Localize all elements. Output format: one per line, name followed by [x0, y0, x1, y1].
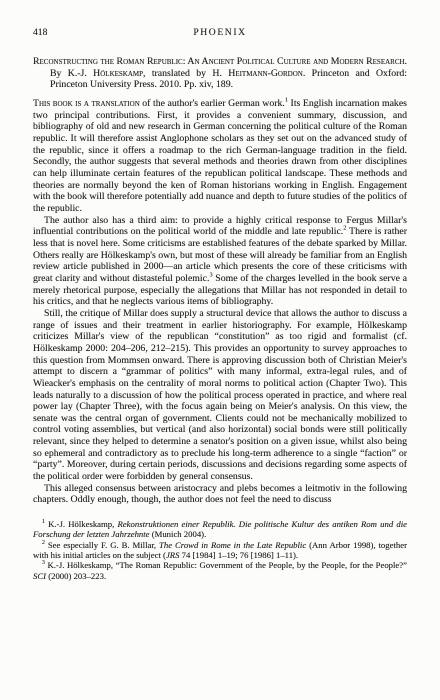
footnotes: 1 K.-J. Hölkeskamp, Rekonstruktionen ein…	[33, 519, 407, 581]
body-paragraph: Still, the critique of Millar does suppl…	[33, 308, 407, 483]
running-head: 418 PHOENIX	[33, 26, 407, 39]
text-segment: The Crowd in Rome in the Late Republic	[159, 540, 306, 550]
footnote: 1 K.-J. Hölkeskamp, Rekonstruktionen ein…	[33, 519, 407, 540]
text-segment: K.-J. Hölkeskamp, “The Roman Republic: G…	[45, 560, 407, 570]
text-segment: Hölkeskamp	[93, 68, 143, 79]
text-segment: SCI	[33, 571, 46, 581]
review-heading: Reconstructing the Roman Republic: An An…	[33, 56, 407, 91]
review-body: This book is a translation of the author…	[33, 98, 407, 506]
text-segment: K.-J. Hölkeskamp,	[45, 519, 118, 529]
text-segment: This book is a translation	[33, 98, 140, 109]
body-paragraph: This alleged consensus between aristocra…	[33, 483, 407, 506]
journal-page: 418 PHOENIX Reconstructing the Roman Rep…	[0, 0, 440, 700]
text-segment: (2000) 203–223.	[46, 571, 106, 581]
text-segment: This alleged consensus between aristocra…	[33, 483, 407, 506]
text-segment: Reconstructing the Roman Republic: An An…	[33, 56, 407, 67]
text-segment: See especially F. G. B. Millar,	[45, 540, 159, 550]
journal-title: PHOENIX	[33, 26, 407, 39]
text-segment: Its English incarnation makes two princi…	[33, 98, 407, 214]
footnote: 2 See especially F. G. B. Millar, The Cr…	[33, 540, 407, 561]
text-segment: Still, the critique of Millar does suppl…	[33, 308, 407, 482]
text-segment: 74 [1984] 1–19; 76 [1986] 1–11).	[179, 550, 298, 560]
text-segment: JRS	[166, 550, 180, 560]
body-paragraph: This book is a translation of the author…	[33, 98, 407, 215]
text-segment: of the author's earlier German work.	[140, 98, 285, 109]
text-segment: Heitmann-Gordon	[228, 68, 303, 79]
text-segment: (Munich 2004).	[150, 529, 207, 539]
body-paragraph: The author also has a third aim: to prov…	[33, 215, 407, 308]
footnote: 3 K.-J. Hölkeskamp, “The Roman Republic:…	[33, 560, 407, 581]
text-segment: , translated by H.	[143, 68, 228, 79]
text-segment: By K.-J.	[50, 68, 93, 79]
